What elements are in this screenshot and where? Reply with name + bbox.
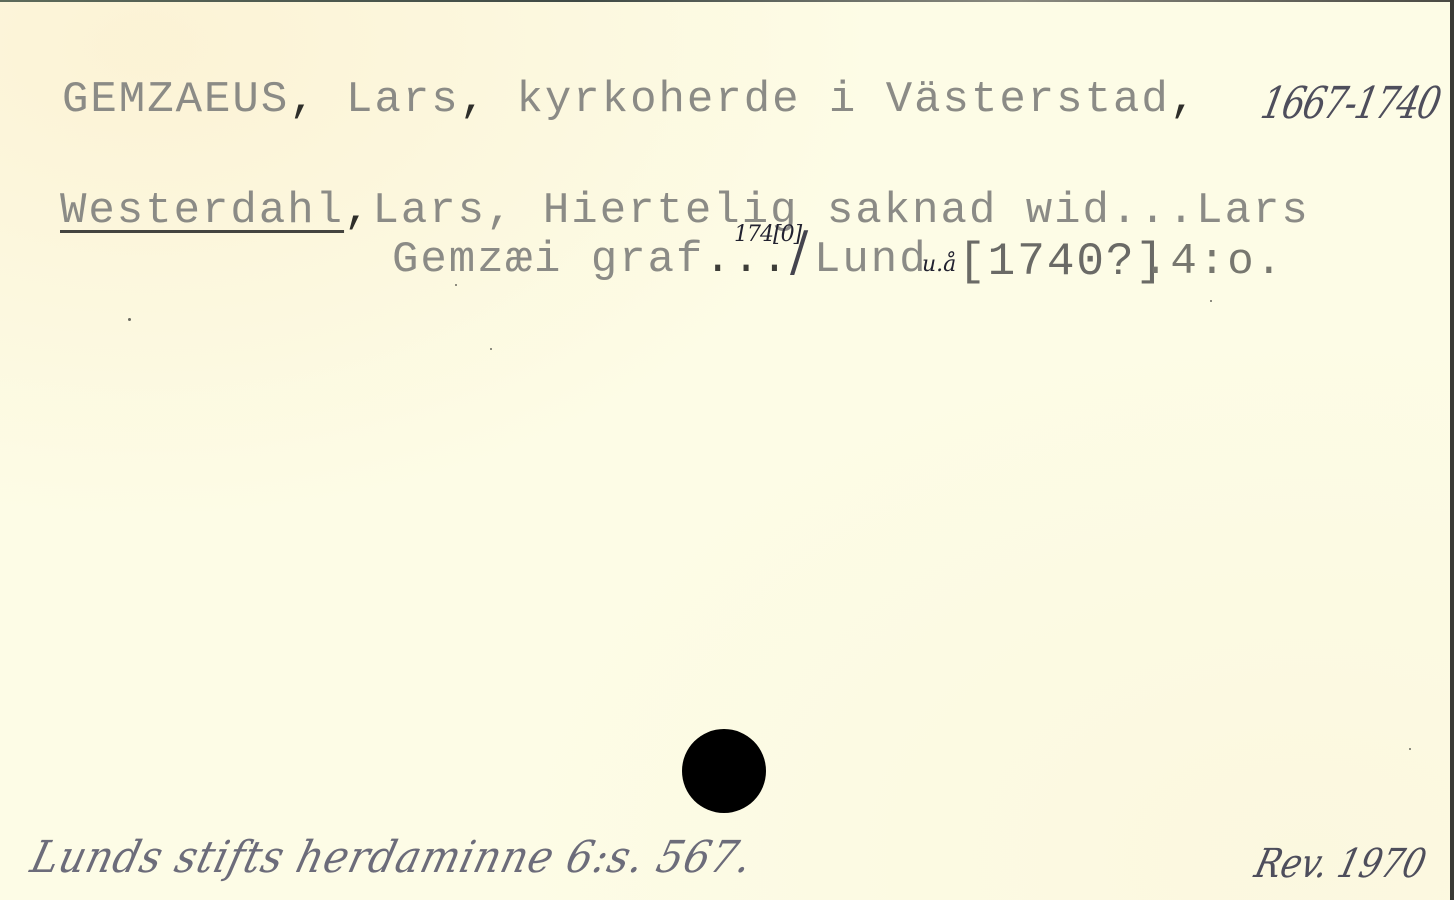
heading-life-dates-handwritten: 1667-1740 <box>1256 76 1445 132</box>
entry-author: Westerdahl <box>60 186 344 236</box>
source-note-handwritten: Lunds stifts herdaminne 6:s. 567. <box>25 828 760 888</box>
heading-separator: , <box>289 75 346 125</box>
entry-place: Lund <box>814 232 928 288</box>
revision-note-handwritten: Rev. 1970 <box>1249 836 1432 892</box>
entry-year-bracketed: [1740?] <box>958 234 1165 290</box>
paper-speck <box>455 284 457 286</box>
handwritten-slash: / <box>790 222 808 282</box>
heading-name: GEMZAEUS <box>62 75 289 125</box>
entry-line-1: Westerdahl,Lars, Hiertelig saknad wid...… <box>60 183 1310 239</box>
paper-speck <box>128 318 131 321</box>
heading-given-name: Lars <box>346 75 460 125</box>
card-top-edge <box>0 0 1452 2</box>
heading-separator: , <box>1170 75 1198 125</box>
paper-speck <box>1210 300 1212 302</box>
paper-speck <box>1409 748 1411 750</box>
catalog-card: GEMZAEUS, Lars, kyrkoherde i Västerstad,… <box>0 0 1452 900</box>
entry-format: .4:o. <box>1142 234 1284 290</box>
heading-line: GEMZAEUS, Lars, kyrkoherde i Västerstad, <box>62 72 1198 128</box>
entry-title-line-2: Gemzæi graf <box>392 235 704 285</box>
entry-line-2: Gemzæi graf... <box>392 232 790 288</box>
punch-hole <box>682 729 766 813</box>
paper-speck <box>490 348 492 350</box>
heading-occupation: kyrkoherde i Västerstad <box>516 75 1169 125</box>
entry-separator: , <box>344 186 372 236</box>
card-right-edge <box>1450 0 1452 900</box>
heading-separator: , <box>460 75 517 125</box>
entry-title-line-1: Lars, Hiertelig saknad wid...Lars <box>372 186 1309 236</box>
handwritten-place-note: u.å <box>922 252 956 278</box>
